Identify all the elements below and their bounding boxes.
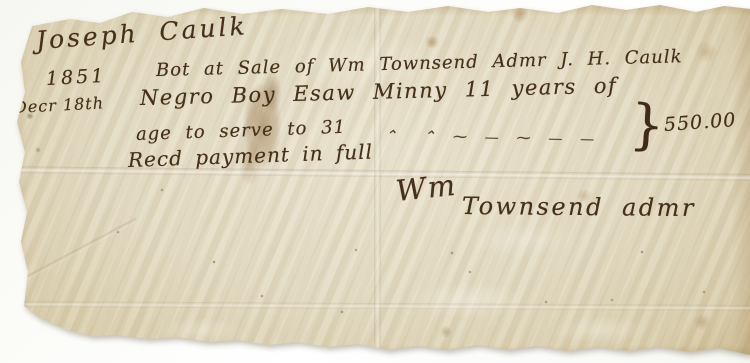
payment-received-handwriting: Recd payment in full bbox=[128, 139, 374, 172]
paper-shadow-wrap: Joseph Caulk 1851 Bot at Sale of Wm Town… bbox=[0, 0, 750, 363]
horizontal-fold-crease bbox=[0, 166, 750, 181]
scanned-receipt-image: Joseph Caulk 1851 Bot at Sale of Wm Town… bbox=[0, 0, 750, 363]
buyer-name-handwriting: Joseph Caulk bbox=[35, 11, 249, 55]
filler-dashes-handwriting: ⌃ ⌃ ⁓ — ⁓ — — bbox=[385, 128, 594, 148]
signature-surname-handwriting: Townsend admr bbox=[462, 192, 696, 222]
date-handwriting: Decr 18th bbox=[14, 93, 105, 117]
signature-first-name-handwriting: Wm bbox=[394, 168, 459, 208]
lower-fold-crease bbox=[0, 301, 750, 311]
year-handwriting: 1851 bbox=[45, 65, 106, 90]
diagonal-corner-crease bbox=[21, 218, 138, 283]
amount-brace-handwriting: } bbox=[628, 92, 667, 157]
receipt-paper: Joseph Caulk 1851 Bot at Sale of Wm Town… bbox=[0, 0, 750, 363]
amount-handwriting: 550.00 bbox=[663, 109, 737, 136]
